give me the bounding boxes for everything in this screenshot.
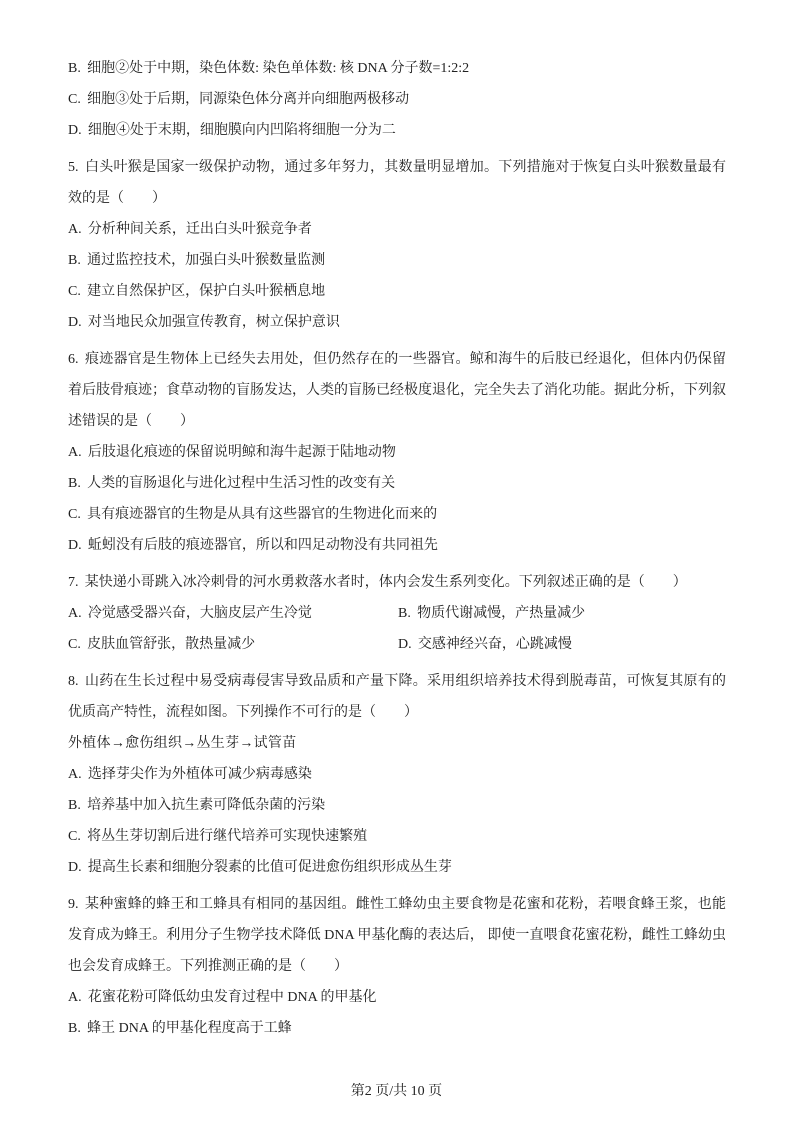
option-label: B. [398,606,411,621]
option-label: C. [68,284,81,299]
option-label: A. [68,606,82,621]
q5-option-b: B.通过监控技术，加强白头叶猴数量监测 [68,245,726,276]
questions-area: B.细胞②处于中期，染色体数: 染色单体数: 核 DNA 分子数=1:2:2 C… [68,53,726,1044]
option-text: 培养基中加入抗生素可降低杂菌的污染 [87,798,325,813]
q4-option-d: D.细胞④处于末期，细胞膜向内凹陷将细胞一分为二 [68,115,726,146]
q8-option-a: A.选择芽尖作为外植体可减少病毒感染 [68,759,726,790]
option-label: A. [68,767,82,782]
stem-text: 山药在生长过程中易受病毒侵害导致品质和产量下降。采用组织培养技术得到脱毒苗，可恢… [68,674,726,720]
option-label: A. [68,222,82,237]
q8-stem: 8.山药在生长过程中易受病毒侵害导致品质和产量下降。采用组织培养技术得到脱毒苗，… [68,666,726,728]
option-text: 花蜜花粉可降低幼虫发育过程中 DNA 的甲基化 [88,990,377,1005]
option-text: 分析种间关系，迁出白头叶猴竞争者 [88,222,312,237]
question-4-options-continued: B.细胞②处于中期，染色体数: 染色单体数: 核 DNA 分子数=1:2:2 C… [68,53,726,146]
option-text: 后肢退化痕迹的保留说明鲸和海牛起源于陆地动物 [88,445,396,460]
question-9: 9.某种蜜蜂的蜂王和工蜂具有相同的基因组。雌性工蜂幼虫主要食物是花蜜和花粉，若喂… [68,889,726,1044]
option-label: D. [68,123,82,138]
q4-option-b: B.细胞②处于中期，染色体数: 染色单体数: 核 DNA 分子数=1:2:2 [68,53,726,84]
q7-option-c: C.皮肤血管舒张，散热量减少 [68,629,398,660]
tissue-culture-flow-diagram: 外植体→愈伤组织→丛生芽→试管苗 [68,728,726,759]
q5-option-c: C.建立自然保护区，保护白头叶猴栖息地 [68,276,726,307]
question-number: 9. [68,897,79,912]
q6-option-b: B.人类的盲肠退化与进化过程中生活习性的改变有关 [68,468,726,499]
option-label: D. [68,860,82,875]
q7-option-b: B.物质代谢减慢，产热量减少 [398,598,726,629]
q5-option-a: A.分析种间关系，迁出白头叶猴竞争者 [68,214,726,245]
q6-stem: 6.痕迹器官是生物体上已经失去用处，但仍然存在的一些器官。鲸和海牛的后肢已经退化… [68,344,726,437]
question-number: 6. [68,352,79,367]
q8-option-c: C.将丛生芽切割后进行继代培养可实现快速繁殖 [68,821,726,852]
q6-option-c: C.具有痕迹器官的生物是从具有这些器官的生物进化而来的 [68,499,726,530]
option-label: B. [68,798,81,813]
option-text: 物质代谢减慢，产热量减少 [417,606,585,621]
option-text: 选择芽尖作为外植体可减少病毒感染 [88,767,312,782]
option-label: B. [68,253,81,268]
option-text: 冷觉感受器兴奋，大脑皮层产生冷觉 [88,606,312,621]
option-text: 皮肤血管舒张，散热量减少 [87,637,255,652]
q7-stem: 7.某快递小哥跳入冰冷刺骨的河水勇救落水者时，体内会发生系列变化。下列叙述正确的… [68,567,726,598]
page-number-text: 第2 页/共 10 页 [351,1084,442,1099]
option-text: 建立自然保护区，保护白头叶猴栖息地 [87,284,325,299]
option-text: 对当地民众加强宣传教育，树立保护意识 [88,315,340,330]
q6-option-d: D.蚯蚓没有后肢的痕迹器官，所以和四足动物没有共同祖先 [68,530,726,561]
question-8: 8.山药在生长过程中易受病毒侵害导致品质和产量下降。采用组织培养技术得到脱毒苗，… [68,666,726,883]
stem-text: 某种蜜蜂的蜂王和工蜂具有相同的基因组。雌性工蜂幼虫主要食物是花蜜和花粉，若喂食蜂… [68,897,726,974]
q9-option-b: B.蜂王 DNA 的甲基化程度高于工蜂 [68,1013,726,1044]
option-label: B. [68,1021,81,1036]
option-text: 人类的盲肠退化与进化过程中生活习性的改变有关 [87,476,395,491]
q8-option-b: B.培养基中加入抗生素可降低杂菌的污染 [68,790,726,821]
option-text: 细胞③处于后期，同源染色体分离并向细胞两极移动 [87,92,409,107]
q4-option-c: C.细胞③处于后期，同源染色体分离并向细胞两极移动 [68,84,726,115]
option-label: C. [68,507,81,522]
option-label: D. [68,315,82,330]
option-text: 蜂王 DNA 的甲基化程度高于工蜂 [87,1021,292,1036]
option-text: 提高生长素和细胞分裂素的比值可促进愈伤组织形成丛生芽 [88,860,452,875]
q5-option-d: D.对当地民众加强宣传教育，树立保护意识 [68,307,726,338]
option-label: B. [68,61,81,76]
page-footer: 第2 页/共 10 页 [0,1082,793,1102]
q9-stem: 9.某种蜜蜂的蜂王和工蜂具有相同的基因组。雌性工蜂幼虫主要食物是花蜜和花粉，若喂… [68,889,726,982]
stem-text: 白头叶猴是国家一级保护动物，通过多年努力，其数量明显增加。下列措施对于恢复白头叶… [68,160,726,206]
option-label: C. [68,637,81,652]
q8-option-d: D.提高生长素和细胞分裂素的比值可促进愈伤组织形成丛生芽 [68,852,726,883]
option-label: B. [68,476,81,491]
option-text: 通过监控技术，加强白头叶猴数量监测 [87,253,325,268]
q6-option-a: A.后肢退化痕迹的保留说明鲸和海牛起源于陆地动物 [68,437,726,468]
question-number: 5. [68,160,79,175]
stem-text: 某快递小哥跳入冰冷刺骨的河水勇救落水者时，体内会发生系列变化。下列叙述正确的是（… [85,575,687,590]
question-number: 8. [68,674,79,689]
q9-option-a: A.花蜜花粉可降低幼虫发育过程中 DNA 的甲基化 [68,982,726,1013]
question-5: 5.白头叶猴是国家一级保护动物，通过多年努力，其数量明显增加。下列措施对于恢复白… [68,152,726,338]
option-label: D. [398,637,412,652]
option-label: C. [68,829,81,844]
option-text: 将丛生芽切割后进行继代培养可实现快速繁殖 [87,829,367,844]
option-label: C. [68,92,81,107]
option-text: 蚯蚓没有后肢的痕迹器官，所以和四足动物没有共同祖先 [88,538,438,553]
question-6: 6.痕迹器官是生物体上已经失去用处，但仍然存在的一些器官。鲸和海牛的后肢已经退化… [68,344,726,561]
question-7: 7.某快递小哥跳入冰冷刺骨的河水勇救落水者时，体内会发生系列变化。下列叙述正确的… [68,567,726,660]
q7-options-grid: A.冷觉感受器兴奋，大脑皮层产生冷觉 B.物质代谢减慢，产热量减少 C.皮肤血管… [68,598,726,660]
option-text: 具有痕迹器官的生物是从具有这些器官的生物进化而来的 [87,507,437,522]
option-label: D. [68,538,82,553]
q7-option-a: A.冷觉感受器兴奋，大脑皮层产生冷觉 [68,598,398,629]
option-text: 细胞②处于中期，染色体数: 染色单体数: 核 DNA 分子数=1:2:2 [87,61,469,76]
option-text: 交感神经兴奋，心跳减慢 [418,637,572,652]
q5-stem: 5.白头叶猴是国家一级保护动物，通过多年努力，其数量明显增加。下列措施对于恢复白… [68,152,726,214]
option-label: A. [68,990,82,1005]
option-label: A. [68,445,82,460]
option-text: 细胞④处于末期，细胞膜向内凹陷将细胞一分为二 [88,123,396,138]
q7-option-d: D.交感神经兴奋，心跳减慢 [398,629,726,660]
question-number: 7. [68,575,79,590]
stem-text: 痕迹器官是生物体上已经失去用处，但仍然存在的一些器官。鲸和海牛的后肢已经退化，但… [68,352,726,429]
